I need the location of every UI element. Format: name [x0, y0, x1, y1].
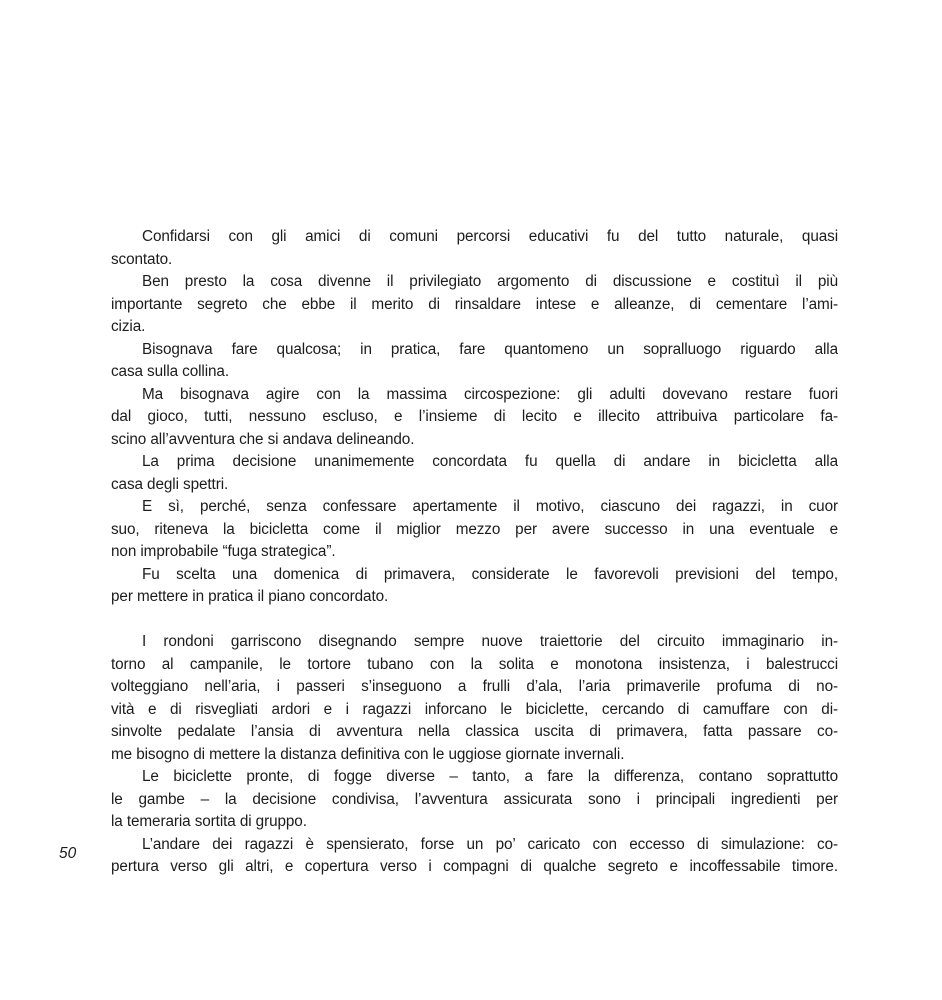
- paragraph: L’andare dei ragazzi è spensierato, fors…: [111, 834, 838, 879]
- paragraph: Fu scelta una domenica di primavera, con…: [111, 564, 838, 609]
- text-line: I rondoni garriscono disegnando sempre n…: [111, 631, 838, 654]
- text-line: Le biciclette pronte, di fogge diverse –…: [111, 766, 838, 789]
- text-line: le gambe – la decisione condivisa, l’avv…: [111, 789, 838, 812]
- paragraph: La prima decisione unanimemente concorda…: [111, 451, 838, 496]
- paragraph: Ma bisognava agire con la massima circos…: [111, 384, 838, 452]
- text-line: La prima decisione unanimemente concorda…: [111, 451, 838, 474]
- text-line: Ben presto la cosa divenne il privilegia…: [111, 271, 838, 294]
- text-line: cizia.: [111, 316, 838, 339]
- text-line: Ma bisognava agire con la massima circos…: [111, 384, 838, 407]
- text-line: vità e di risvegliati ardori e i ragazzi…: [111, 699, 838, 722]
- text-line: sinvolte pedalate l’ansia di avventura n…: [111, 721, 838, 744]
- paragraph: Ben presto la cosa divenne il privilegia…: [111, 271, 838, 339]
- text-line: Bisognava fare qualcosa; in pratica, far…: [111, 339, 838, 362]
- text-line: L’andare dei ragazzi è spensierato, fors…: [111, 834, 838, 857]
- text-line: me bisogno di mettere la distanza defini…: [111, 744, 838, 767]
- text-line: dal gioco, tutti, nessuno escluso, e l’i…: [111, 406, 838, 429]
- text-line: casa sulla collina.: [111, 361, 838, 384]
- text-line: non improbabile “fuga strategica”.: [111, 541, 838, 564]
- text-line: importante segreto che ebbe il merito di…: [111, 294, 838, 317]
- text-line: pertura verso gli altri, e copertura ver…: [111, 856, 838, 879]
- text-line: scino all’avventura che si andava deline…: [111, 429, 838, 452]
- text-line: casa degli spettri.: [111, 474, 838, 497]
- page-number: 50: [59, 843, 76, 866]
- paragraph: Le biciclette pronte, di fogge diverse –…: [111, 766, 838, 834]
- text-line: per mettere in pratica il piano concorda…: [111, 586, 838, 609]
- text-block: Confidarsi con gli amici di comuni perco…: [111, 226, 838, 879]
- text-line: E sì, perché, senza confessare apertamen…: [111, 496, 838, 519]
- text-line: Confidarsi con gli amici di comuni perco…: [111, 226, 838, 249]
- text-line: suo, riteneva la bicicletta come il migl…: [111, 519, 838, 542]
- paragraph: Confidarsi con gli amici di comuni perco…: [111, 226, 838, 271]
- text-line: scontato.: [111, 249, 838, 272]
- text-line: torno al campanile, le tortore tubano co…: [111, 654, 838, 677]
- text-line: volteggiano nell’aria, i passeri s’inseg…: [111, 676, 838, 699]
- text-line: Fu scelta una domenica di primavera, con…: [111, 564, 838, 587]
- paragraph: E sì, perché, senza confessare apertamen…: [111, 496, 838, 564]
- book-page: Confidarsi con gli amici di comuni perco…: [0, 0, 942, 1000]
- text-line: la temeraria sortita di gruppo.: [111, 811, 838, 834]
- paragraph: Bisognava fare qualcosa; in pratica, far…: [111, 339, 838, 384]
- paragraph: I rondoni garriscono disegnando sempre n…: [111, 631, 838, 766]
